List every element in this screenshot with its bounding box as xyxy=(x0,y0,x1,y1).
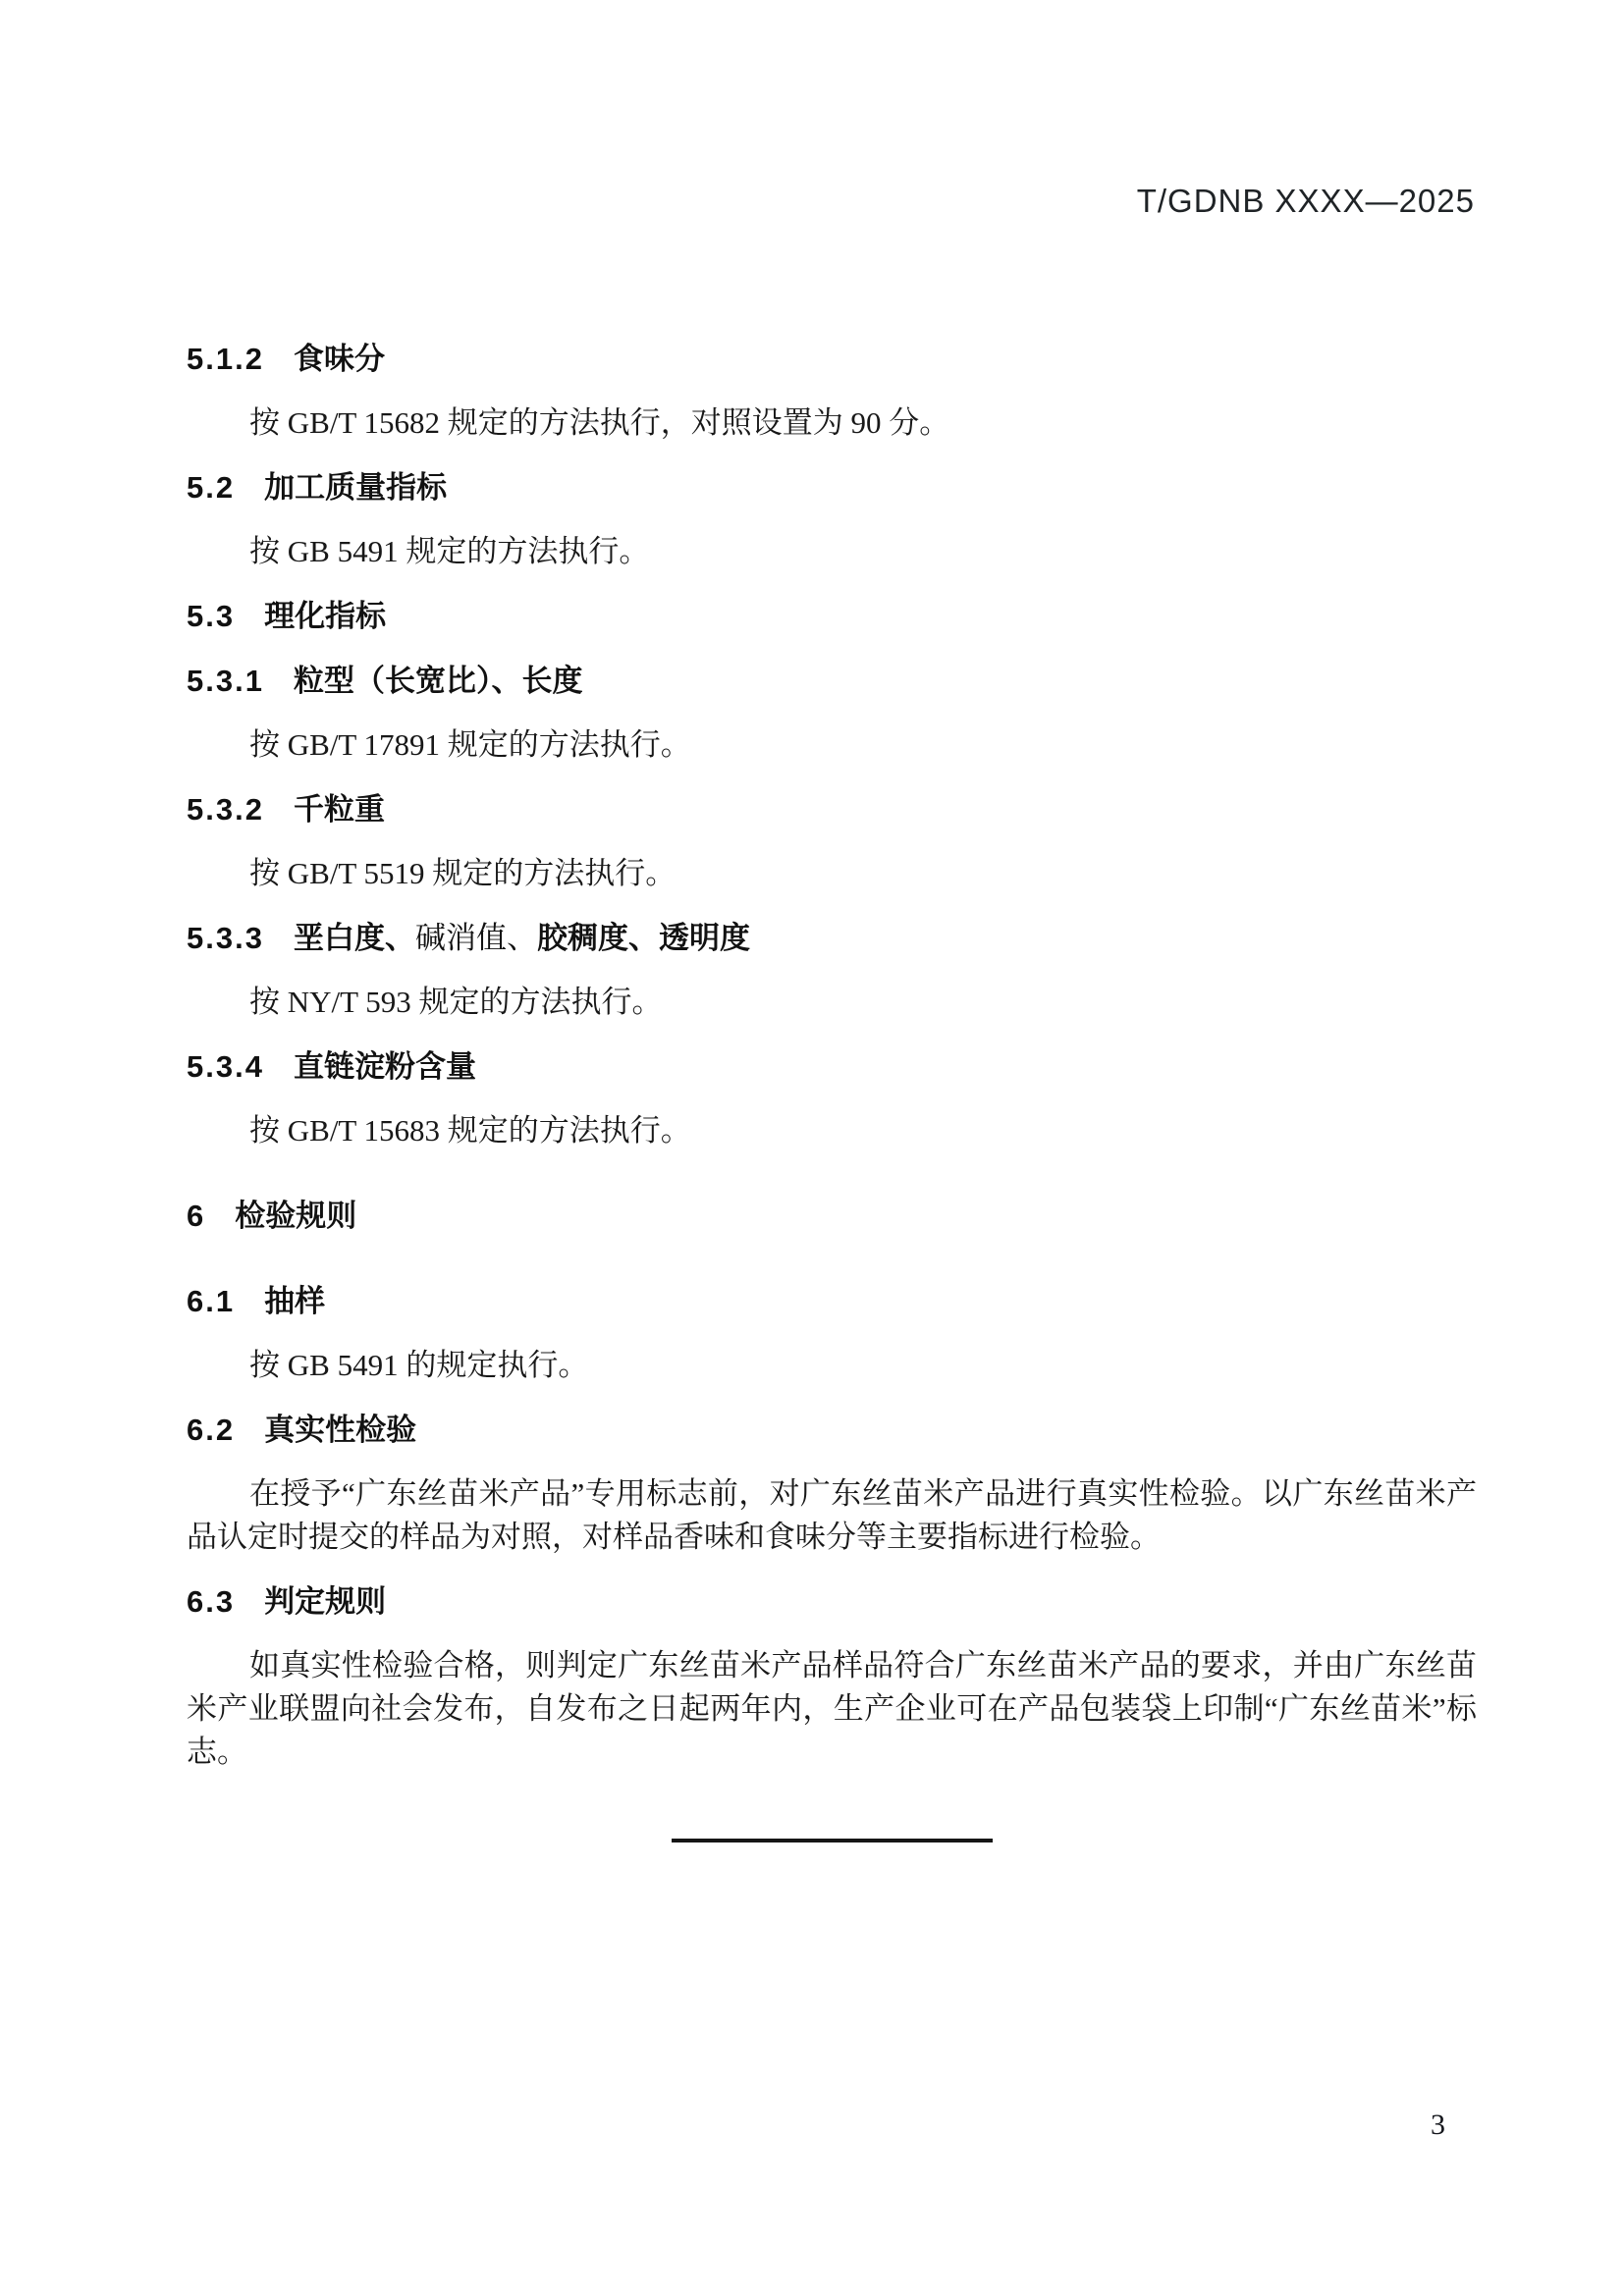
section-title-part-1: 垩白度、 xyxy=(294,921,415,955)
section-heading-6-2: 6.2真实性检验 xyxy=(187,1408,1477,1452)
end-of-text-rule xyxy=(672,1839,993,1842)
section-number: 6.3 xyxy=(187,1579,235,1624)
section-title-part-3: 胶稠度、透明度 xyxy=(537,921,750,955)
section-number: 5.3 xyxy=(187,594,235,638)
section-title: 粒型（长宽比）、长度 xyxy=(294,664,583,698)
section-heading-5-2: 5.2加工质量指标 xyxy=(187,465,1477,509)
section-title: 直链淀粉含量 xyxy=(294,1049,476,1084)
section-heading-6-1: 6.1抽样 xyxy=(187,1279,1477,1323)
section-paragraph-6-2: 在授予“广东丝苗米产品”专用标志前，对广东丝苗米产品进行真实性检验。以广东丝苗米… xyxy=(187,1472,1477,1559)
section-heading-5-3-4: 5.3.4直链淀粉含量 xyxy=(187,1044,1477,1089)
section-number: 5.3.3 xyxy=(187,916,264,960)
section-title: 千粒重 xyxy=(294,792,385,827)
section-number: 5.1.2 xyxy=(187,337,264,381)
section-number: 5.3.1 xyxy=(187,659,264,703)
section-paragraph-5-3-3: 按 NY/T 593 规定的方法执行。 xyxy=(187,981,1477,1024)
section-paragraph-5-2: 按 GB 5491 规定的方法执行。 xyxy=(187,530,1477,573)
section-paragraph-5-1-2: 按 GB/T 15682 规定的方法执行，对照设置为 90 分。 xyxy=(187,401,1477,445)
section-heading-5-3: 5.3理化指标 xyxy=(187,594,1477,638)
section-number: 6.2 xyxy=(187,1408,235,1452)
section-heading-5-3-3: 5.3.3垩白度、碱消值、胶稠度、透明度 xyxy=(187,916,1477,960)
section-paragraph-5-3-4: 按 GB/T 15683 规定的方法执行。 xyxy=(187,1109,1477,1152)
section-number: 5.3.2 xyxy=(187,787,264,831)
document-page: T/GDNB XXXX—2025 5.1.2食味分 按 GB/T 15682 规… xyxy=(0,0,1624,2296)
section-paragraph-6-3: 如真实性检验合格，则判定广东丝苗米产品样品符合广东丝苗米产品的要求，并由广东丝苗… xyxy=(187,1644,1477,1774)
chapter-heading-6: 6检验规则 xyxy=(187,1194,1477,1238)
section-number: 5.2 xyxy=(187,465,235,509)
section-heading-5-1-2: 5.1.2食味分 xyxy=(187,337,1477,381)
chapter-number: 6 xyxy=(187,1194,205,1238)
page-number: 3 xyxy=(1431,2109,1445,2142)
section-title: 抽样 xyxy=(264,1284,325,1318)
section-number: 5.3.4 xyxy=(187,1044,264,1089)
chapter-title: 检验规则 xyxy=(235,1199,356,1233)
section-heading-5-3-2: 5.3.2千粒重 xyxy=(187,787,1477,831)
section-title: 真实性检验 xyxy=(264,1413,416,1447)
section-paragraph-6-1: 按 GB 5491 的规定执行。 xyxy=(187,1344,1477,1387)
section-title: 食味分 xyxy=(294,342,385,376)
section-title: 判定规则 xyxy=(264,1584,386,1619)
section-number: 6.1 xyxy=(187,1279,235,1323)
document-content: 5.1.2食味分 按 GB/T 15682 规定的方法执行，对照设置为 90 分… xyxy=(187,0,1477,1842)
section-heading-5-3-1: 5.3.1粒型（长宽比）、长度 xyxy=(187,659,1477,703)
section-title: 理化指标 xyxy=(264,599,386,633)
section-paragraph-5-3-2: 按 GB/T 5519 规定的方法执行。 xyxy=(187,852,1477,895)
section-title: 加工质量指标 xyxy=(264,470,447,505)
section-heading-6-3: 6.3判定规则 xyxy=(187,1579,1477,1624)
section-title-part-2: 碱消值、 xyxy=(415,921,537,955)
section-paragraph-5-3-1: 按 GB/T 17891 规定的方法执行。 xyxy=(187,723,1477,767)
